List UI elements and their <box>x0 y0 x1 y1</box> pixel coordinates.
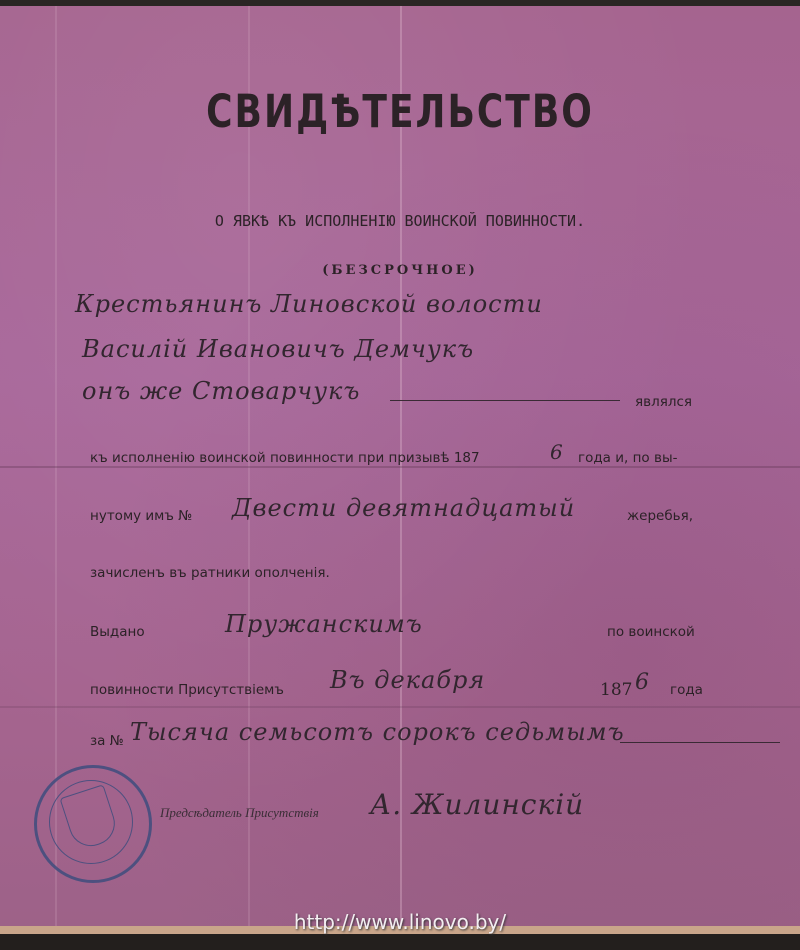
fold-line <box>0 706 800 708</box>
watermark-url: http://www.linovo.by/ <box>0 910 800 934</box>
fill-line <box>390 400 620 401</box>
year-printed: 187 <box>600 680 632 700</box>
handwritten-line-2: Василій Ивановичъ Демчукъ <box>82 335 474 363</box>
handwritten-line-1: Крестьянинъ Линовской волости <box>75 290 543 318</box>
lot-label: жеребья, <box>627 508 693 524</box>
appeared-label: являлся <box>635 394 692 410</box>
handwritten-line-3: онъ же Стоварчукъ <box>82 377 360 405</box>
by-duty-label: по воинской <box>607 624 695 640</box>
handwritten-date: Въ декабря <box>330 666 485 694</box>
duty-line: къ исполненію воинской повинности при пр… <box>90 450 480 466</box>
fill-line <box>620 742 780 743</box>
drawn-label: нутому имъ № <box>90 508 192 524</box>
background <box>0 934 800 950</box>
for-number-label: за № <box>90 733 124 749</box>
year-label: года <box>670 682 703 698</box>
handwritten-year: 6 <box>635 670 650 695</box>
official-stamp <box>34 765 152 883</box>
handwritten-number: Тысяча семьсотъ сорокъ седьмымъ <box>130 718 625 746</box>
handwritten-year-digit: 6 <box>550 440 564 464</box>
signature-label: Предсѣдатель Присутствія <box>160 805 319 821</box>
handwritten-lot-number: Двести девятнадцатый <box>232 494 575 522</box>
handwritten-issued-by: Пружанскимъ <box>225 610 423 638</box>
signature: А. Жилинскій <box>370 788 584 821</box>
issued-label: Выдано <box>90 624 145 640</box>
document-title: СВИДѢТЕЛЬСТВО <box>0 87 800 138</box>
fold-line <box>248 6 250 932</box>
duty-line-tail: года и, по вы- <box>578 450 677 466</box>
fold-line <box>0 466 800 468</box>
document-subtitle: О ЯВКѢ КЪ ИСПОЛНЕНІЮ ВОИНСКОЙ ПОВИННОСТИ… <box>0 212 800 230</box>
term-label: (БЕЗСРОЧНОЕ) <box>0 263 800 278</box>
presence-label: повинности Присутствіемъ <box>90 682 284 698</box>
enlisted-line: зачисленъ въ ратники ополченія. <box>90 565 330 581</box>
